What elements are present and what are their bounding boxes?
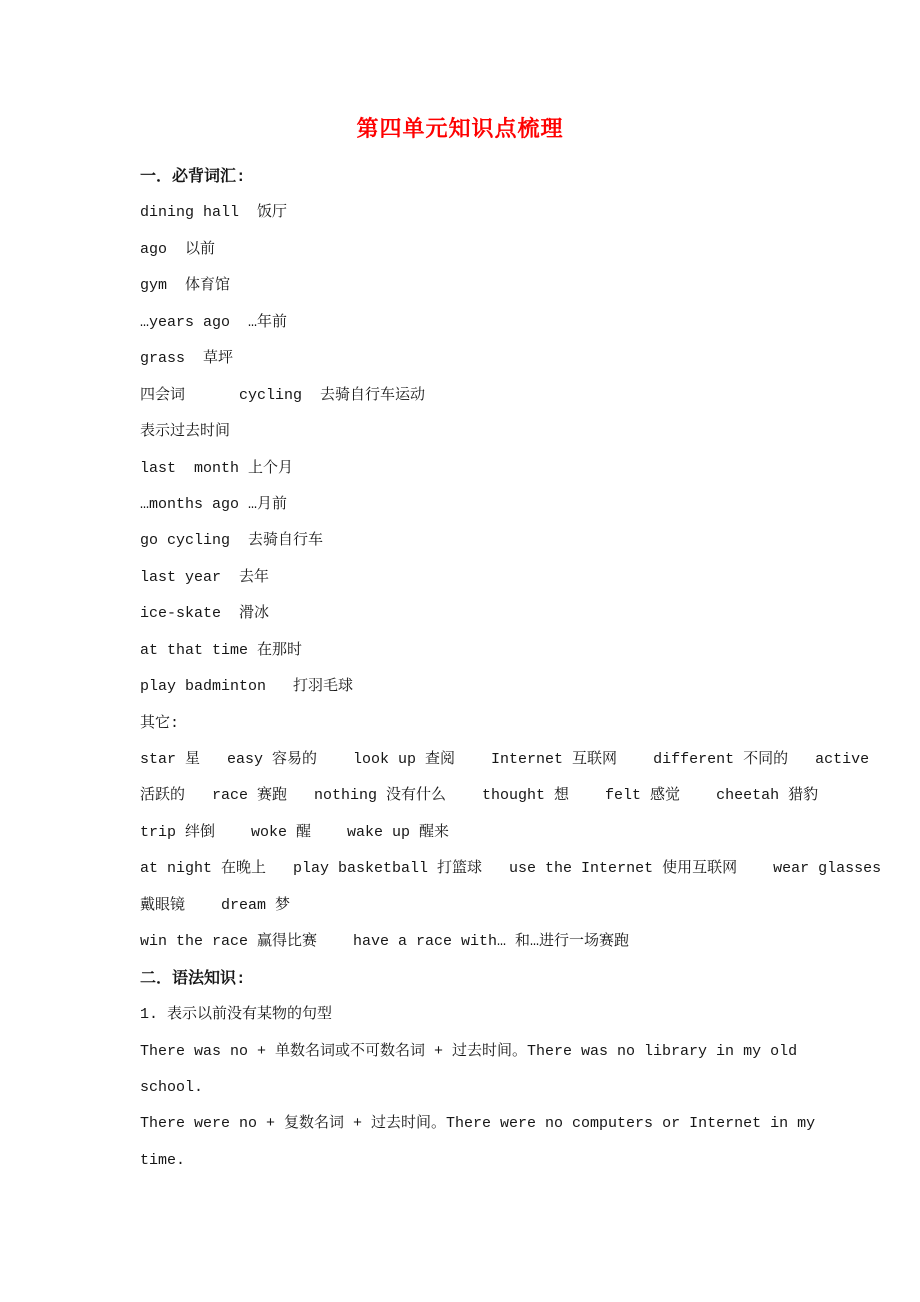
text-line: ago 以前 bbox=[140, 232, 910, 268]
text-line: play badminton 打羽毛球 bbox=[140, 669, 910, 705]
text-line: 戴眼镜 dream 梦 bbox=[140, 888, 910, 924]
text-line: 表示过去时间 bbox=[140, 414, 910, 450]
text-line: gym 体育馆 bbox=[140, 268, 910, 304]
text-line: time. bbox=[140, 1143, 910, 1179]
text-line: last month 上个月 bbox=[140, 451, 910, 487]
text-line: dining hall 饭厅 bbox=[140, 195, 910, 231]
text-line: …months ago …月前 bbox=[140, 487, 910, 523]
text-line: grass 草坪 bbox=[140, 341, 910, 377]
text-line: go cycling 去骑自行车 bbox=[140, 523, 910, 559]
text-line: 四会词 cycling 去骑自行车运动 bbox=[140, 378, 910, 414]
text-line: at night 在晚上 play basketball 打篮球 use the… bbox=[140, 851, 910, 887]
document-title: 第四单元知识点梳理 bbox=[0, 118, 920, 144]
text-line: trip 绊倒 woke 醒 wake up 醒来 bbox=[140, 815, 910, 851]
text-line: star 星 easy 容易的 look up 查阅 Internet 互联网 … bbox=[140, 742, 910, 778]
text-line: There were no + 复数名词 + 过去时间。There were n… bbox=[140, 1106, 910, 1142]
section-heading: 一．必背词汇: bbox=[140, 159, 910, 195]
text-line: ice-skate 滑冰 bbox=[140, 596, 910, 632]
text-line: 活跃的 race 赛跑 nothing 没有什么 thought 想 felt … bbox=[140, 778, 910, 814]
section-heading: 二．语法知识: bbox=[140, 961, 910, 997]
text-line: at that time 在那时 bbox=[140, 633, 910, 669]
text-line: last year 去年 bbox=[140, 560, 910, 596]
text-line: There was no + 单数名词或不可数名词 + 过去时间。There w… bbox=[140, 1034, 910, 1070]
text-line: …years ago …年前 bbox=[140, 305, 910, 341]
text-line: win the race 赢得比赛 have a race with… 和…进行… bbox=[140, 924, 910, 960]
text-line: school. bbox=[140, 1070, 910, 1106]
text-line: 其它: bbox=[140, 706, 910, 742]
document-body: 一．必背词汇:dining hall 饭厅ago 以前gym 体育馆…years… bbox=[140, 159, 910, 1179]
text-line: 1. 表示以前没有某物的句型 bbox=[140, 997, 910, 1033]
page: 第四单元知识点梳理 一．必背词汇:dining hall 饭厅ago 以前gym… bbox=[0, 0, 920, 1302]
